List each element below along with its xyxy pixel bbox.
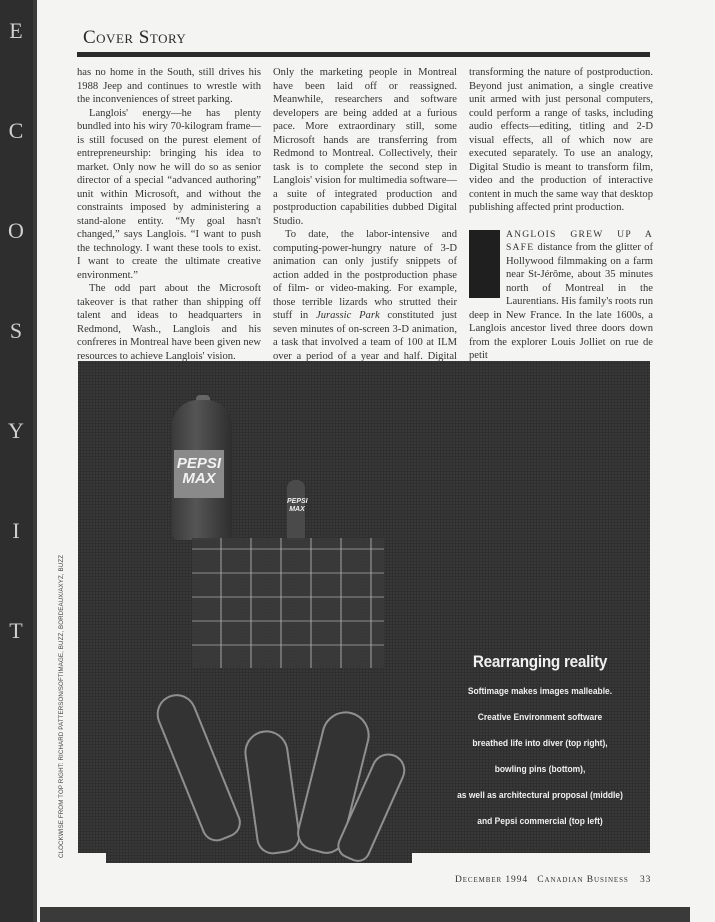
spine-letter: C bbox=[9, 120, 24, 142]
section-title: Cover Story bbox=[83, 27, 186, 49]
caption-title: Rearranging reality bbox=[441, 652, 639, 672]
photo-credit: CLOCKWISE FROM TOP RIGHT: RICHARD PATTER… bbox=[58, 558, 65, 858]
paragraph: To date, the labor-intensive and computi… bbox=[273, 228, 457, 377]
photo-caption: Rearranging reality Softimage makes imag… bbox=[430, 652, 650, 842]
paragraph-text: To date, the labor-intensive and computi… bbox=[273, 229, 457, 321]
paragraph: has no home in the South, still drives h… bbox=[77, 66, 261, 107]
paragraph: transforming the nature of postproductio… bbox=[469, 66, 653, 215]
caption-line: as well as architectural proposal (middl… bbox=[439, 790, 641, 800]
adjacent-page-spine: E C O S Y I T bbox=[0, 0, 37, 922]
caption-line: Creative Environment software bbox=[439, 712, 641, 722]
spine-letters: E C O S Y I T bbox=[2, 20, 30, 642]
spine-edge bbox=[33, 0, 37, 922]
header-rule bbox=[77, 52, 650, 57]
caption-line: Softimage makes images malleable. bbox=[439, 686, 641, 696]
spine-letter: I bbox=[12, 520, 19, 542]
article-column-3: transforming the nature of postproductio… bbox=[469, 66, 653, 363]
pepsi-label: PEPSI MAX bbox=[174, 450, 224, 498]
page-number: 33 bbox=[640, 875, 651, 885]
paragraph: Langlois' energy—he has plenty bundled i… bbox=[77, 107, 261, 283]
spine-letter: O bbox=[8, 220, 24, 242]
architectural-render-image bbox=[192, 538, 384, 668]
bowling-pin bbox=[242, 728, 303, 857]
spine-letter: Y bbox=[8, 420, 24, 442]
dropcap-letter: L bbox=[469, 230, 500, 298]
bowling-pin bbox=[151, 688, 246, 846]
film-title: Jurassic Park bbox=[316, 310, 380, 321]
spine-letter: T bbox=[9, 620, 22, 642]
article-column-1: has no home in the South, still drives h… bbox=[77, 66, 261, 363]
spine-letter: S bbox=[10, 320, 22, 342]
magazine-name: Canadian Business bbox=[537, 875, 628, 885]
paragraph: The odd part about the Microsoft takeove… bbox=[77, 282, 261, 363]
scan-bottom-edge bbox=[40, 907, 690, 922]
photo-notch bbox=[412, 853, 650, 865]
spine-letter: E bbox=[9, 20, 22, 42]
page-footer: December 1994 Canadian Business 33 bbox=[455, 875, 651, 885]
issue-date: December 1994 bbox=[455, 875, 528, 885]
paragraph: Only the marketing people in Montreal ha… bbox=[273, 66, 457, 228]
photo-notch bbox=[78, 853, 106, 865]
caption-line: bowling pins (bottom), bbox=[439, 764, 641, 774]
caption-line: and Pepsi commercial (top left) bbox=[439, 816, 641, 826]
article-column-2: Only the marketing people in Montreal ha… bbox=[273, 66, 457, 377]
caption-line: breathed life into diver (top right), bbox=[439, 738, 641, 748]
bowling-pins-image bbox=[160, 670, 420, 860]
paragraph-with-dropcap: LANGLOIS GREW UP A SAFE distance from th… bbox=[469, 228, 653, 363]
pepsi-label-small: PEPSI MAX bbox=[287, 498, 307, 518]
